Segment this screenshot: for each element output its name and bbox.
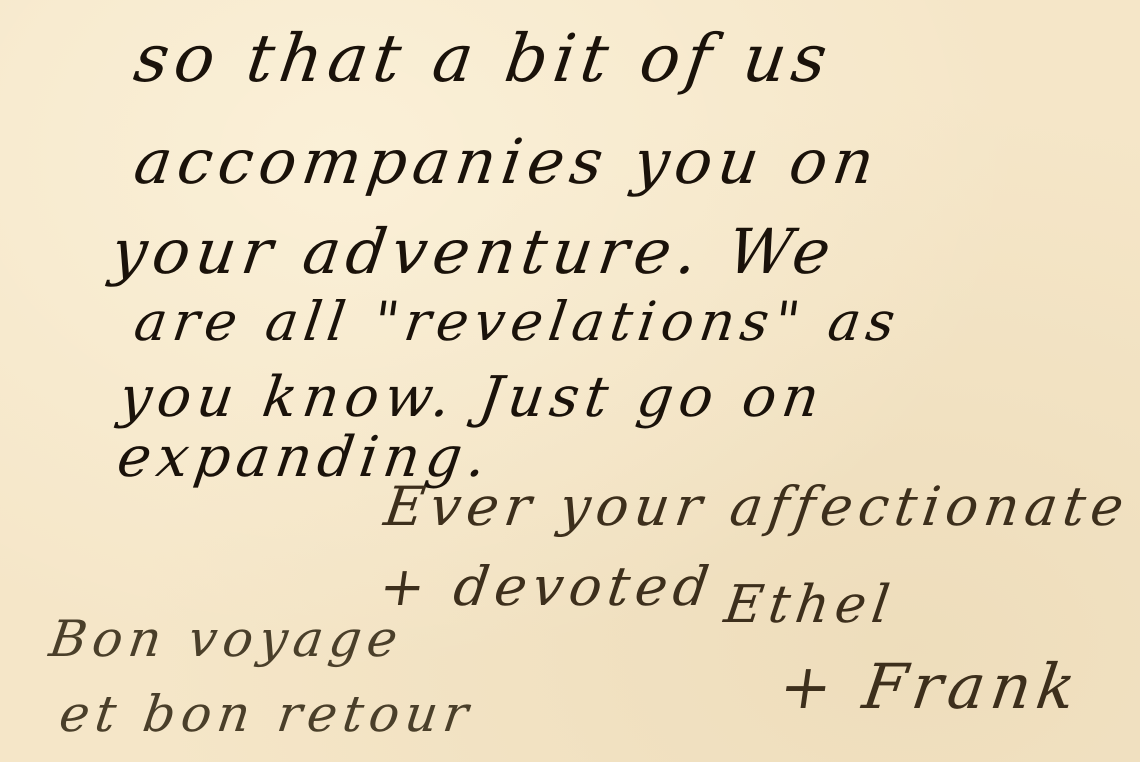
body-line-5: you know. Just go on: [115, 365, 829, 430]
body-line-3: your adventure. We: [107, 215, 841, 288]
postscript-line-1: Bon voyage: [46, 610, 407, 668]
body-line-2: accompanies you on: [130, 125, 885, 198]
body-line-4: are all "revelations" as: [131, 290, 905, 353]
signature-ethel: Ethel: [721, 575, 899, 635]
closing-line-2: + devoted: [376, 555, 719, 618]
body-line-1: so that a bit of us: [130, 20, 838, 97]
note-paper: so that a bit of us accompanies you on y…: [0, 0, 1140, 762]
closing-line-1: Ever your affectionate: [381, 475, 1134, 538]
postscript-line-2: et bon retour: [56, 685, 478, 743]
signature-frank: + Frank: [775, 650, 1086, 723]
